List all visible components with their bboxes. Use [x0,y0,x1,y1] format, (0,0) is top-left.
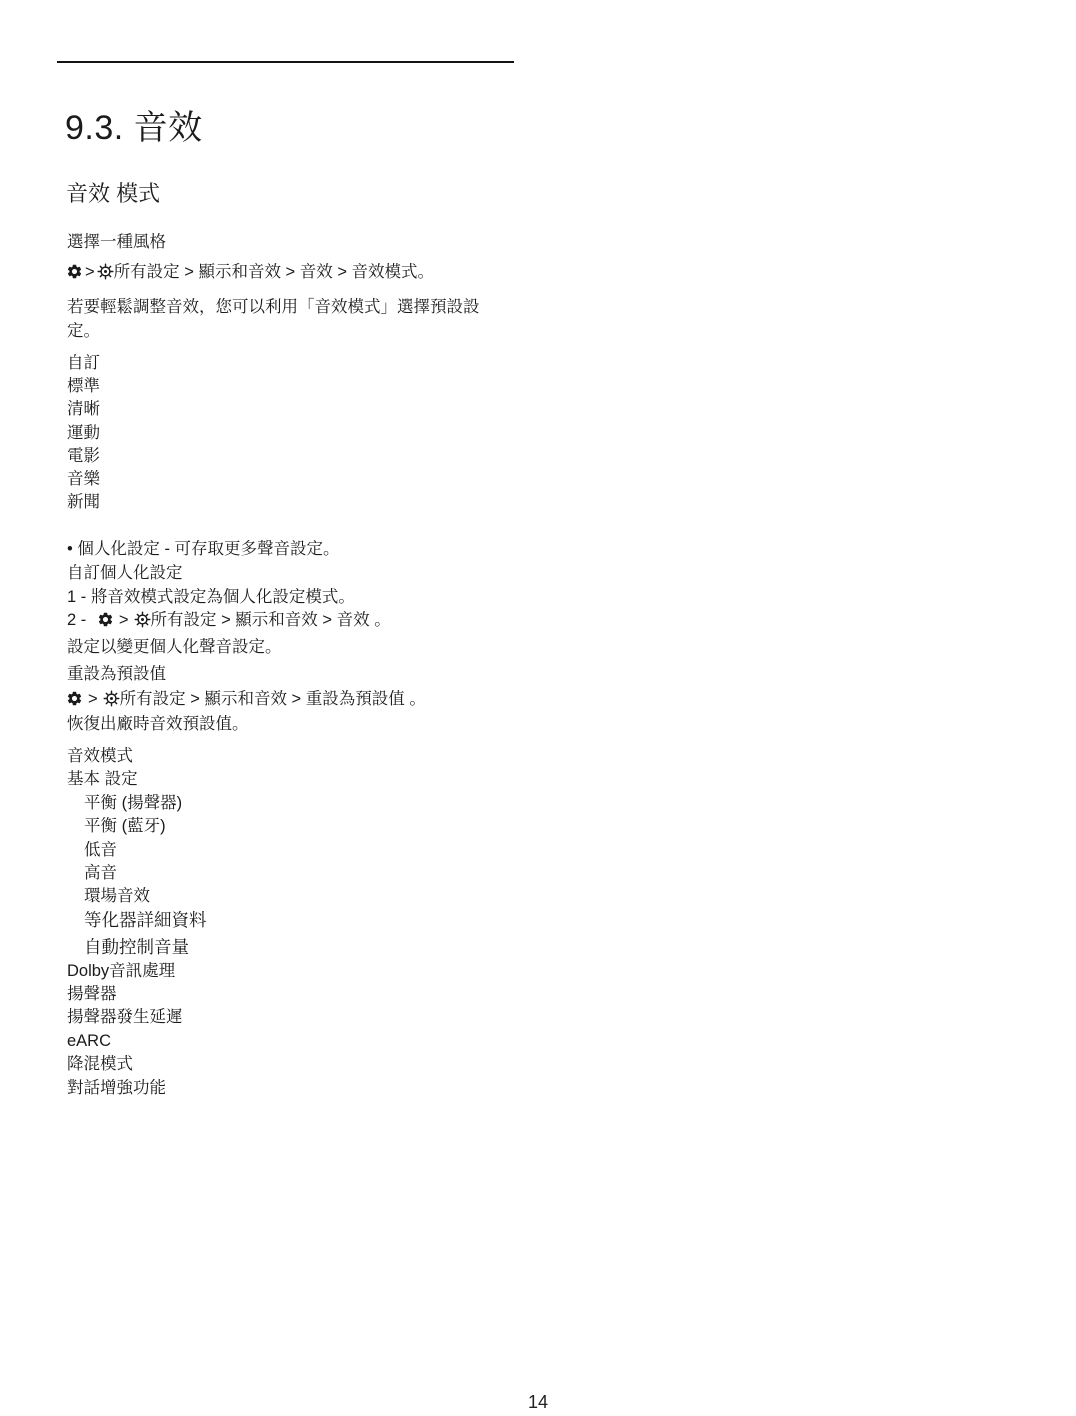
tree-item: 對話增強功能 [67,1077,207,1100]
path-separator: > [85,263,95,282]
list-item: 自訂 [67,352,100,375]
tree-item: eARC [67,1030,207,1053]
manual-page: 9.3. 音效 音效 模式 選擇一種風格 >所有設定 > 顯示和音效 > 音效 … [0,0,1076,1416]
tree-item: 平衡 (揚聲器) [67,792,207,815]
path-separator: > [119,609,129,633]
tree-item: 低音 [67,839,207,862]
reset-heading: 重設為預設值 [67,660,166,684]
gear-filled-icon [66,263,83,285]
gear-outline-icon [134,611,151,636]
step-note: 設定以變更個人化聲音設定。 [67,636,391,660]
tree-item: 揚聲器發生延遲 [67,1006,207,1029]
menu-path-text: 所有設定 > 顯示和音效 > 音效 > 音效模式。 [114,263,434,281]
top-divider [57,61,514,63]
customize-heading: 自訂個人化設定 [67,562,391,586]
menu-path-sound-mode: >所有設定 > 顯示和音效 > 音效 > 音效模式。 [66,258,434,285]
personalise-block: • 個人化設定 - 可存取更多聲音設定。 自訂個人化設定 1 - 將音效模式設定… [67,538,391,660]
page-number: 14 [0,1392,1076,1413]
gear-filled-icon [97,611,114,636]
list-item: 標準 [67,375,100,398]
menu-tree-heading: 音效模式 [67,745,207,768]
intro-paragraph: 若要輕鬆調整音效，您可以利用「音效模式」選擇預設設 定。 [67,295,480,343]
tree-item: 高音 [67,862,207,885]
menu-path-reset: >所有設定 > 顯示和音效 > 重設為預設值 。 [66,685,426,712]
path-separator: > [88,690,98,709]
step-1: 1 - 將音效模式設定為個人化設定模式。 [67,586,391,610]
section-heading-sound-mode: 音效 模式 [66,177,160,208]
personal-bullet: • 個人化設定 - 可存取更多聲音設定。 [67,538,391,562]
menu-tree-subheading: 基本 設定 [67,768,207,791]
intro-line: 若要輕鬆調整音效，您可以利用「音效模式」選擇預設設 [67,295,480,319]
page-title: 9.3. 音效 [65,100,203,149]
step-2-path-text: 所有設定 > 顯示和音效 > 音效 。 [151,611,391,629]
gear-filled-icon [66,690,83,712]
reset-path-text: 所有設定 > 顯示和音效 > 重設為預設值 。 [120,690,426,708]
list-item: 運動 [67,422,100,445]
step-2-prefix: 2 - [67,611,86,629]
list-item: 電影 [67,445,100,468]
tree-item: 降混模式 [67,1053,207,1076]
tree-item: 自動控制音量 [67,936,207,959]
tree-item: 平衡 (藍牙) [67,815,207,838]
gear-outline-icon [103,690,120,712]
intro-line: 定。 [67,319,480,343]
list-item: 音樂 [67,468,100,491]
choose-style-label: 選擇一種風格 [67,228,166,252]
settings-menu-tree: 音效模式 基本 設定 平衡 (揚聲器) 平衡 (藍牙) 低音 高音 環場音效 等… [67,745,207,1100]
step-2: 2 - >所有設定 > 顯示和音效 > 音效 。 [67,609,391,636]
gear-outline-icon [97,263,114,285]
tree-item: Dolby音訊處理 [67,960,207,983]
tree-item: 等化器詳細資料 [67,909,207,932]
list-item: 新聞 [67,491,100,514]
sound-style-list: 自訂 標準 清晰 運動 電影 音樂 新聞 [67,352,100,514]
tree-item: 揚聲器 [67,983,207,1006]
reset-note: 恢復出廠時音效預設值。 [67,710,249,734]
list-item: 清晰 [67,398,100,421]
tree-item: 環場音效 [67,885,207,908]
